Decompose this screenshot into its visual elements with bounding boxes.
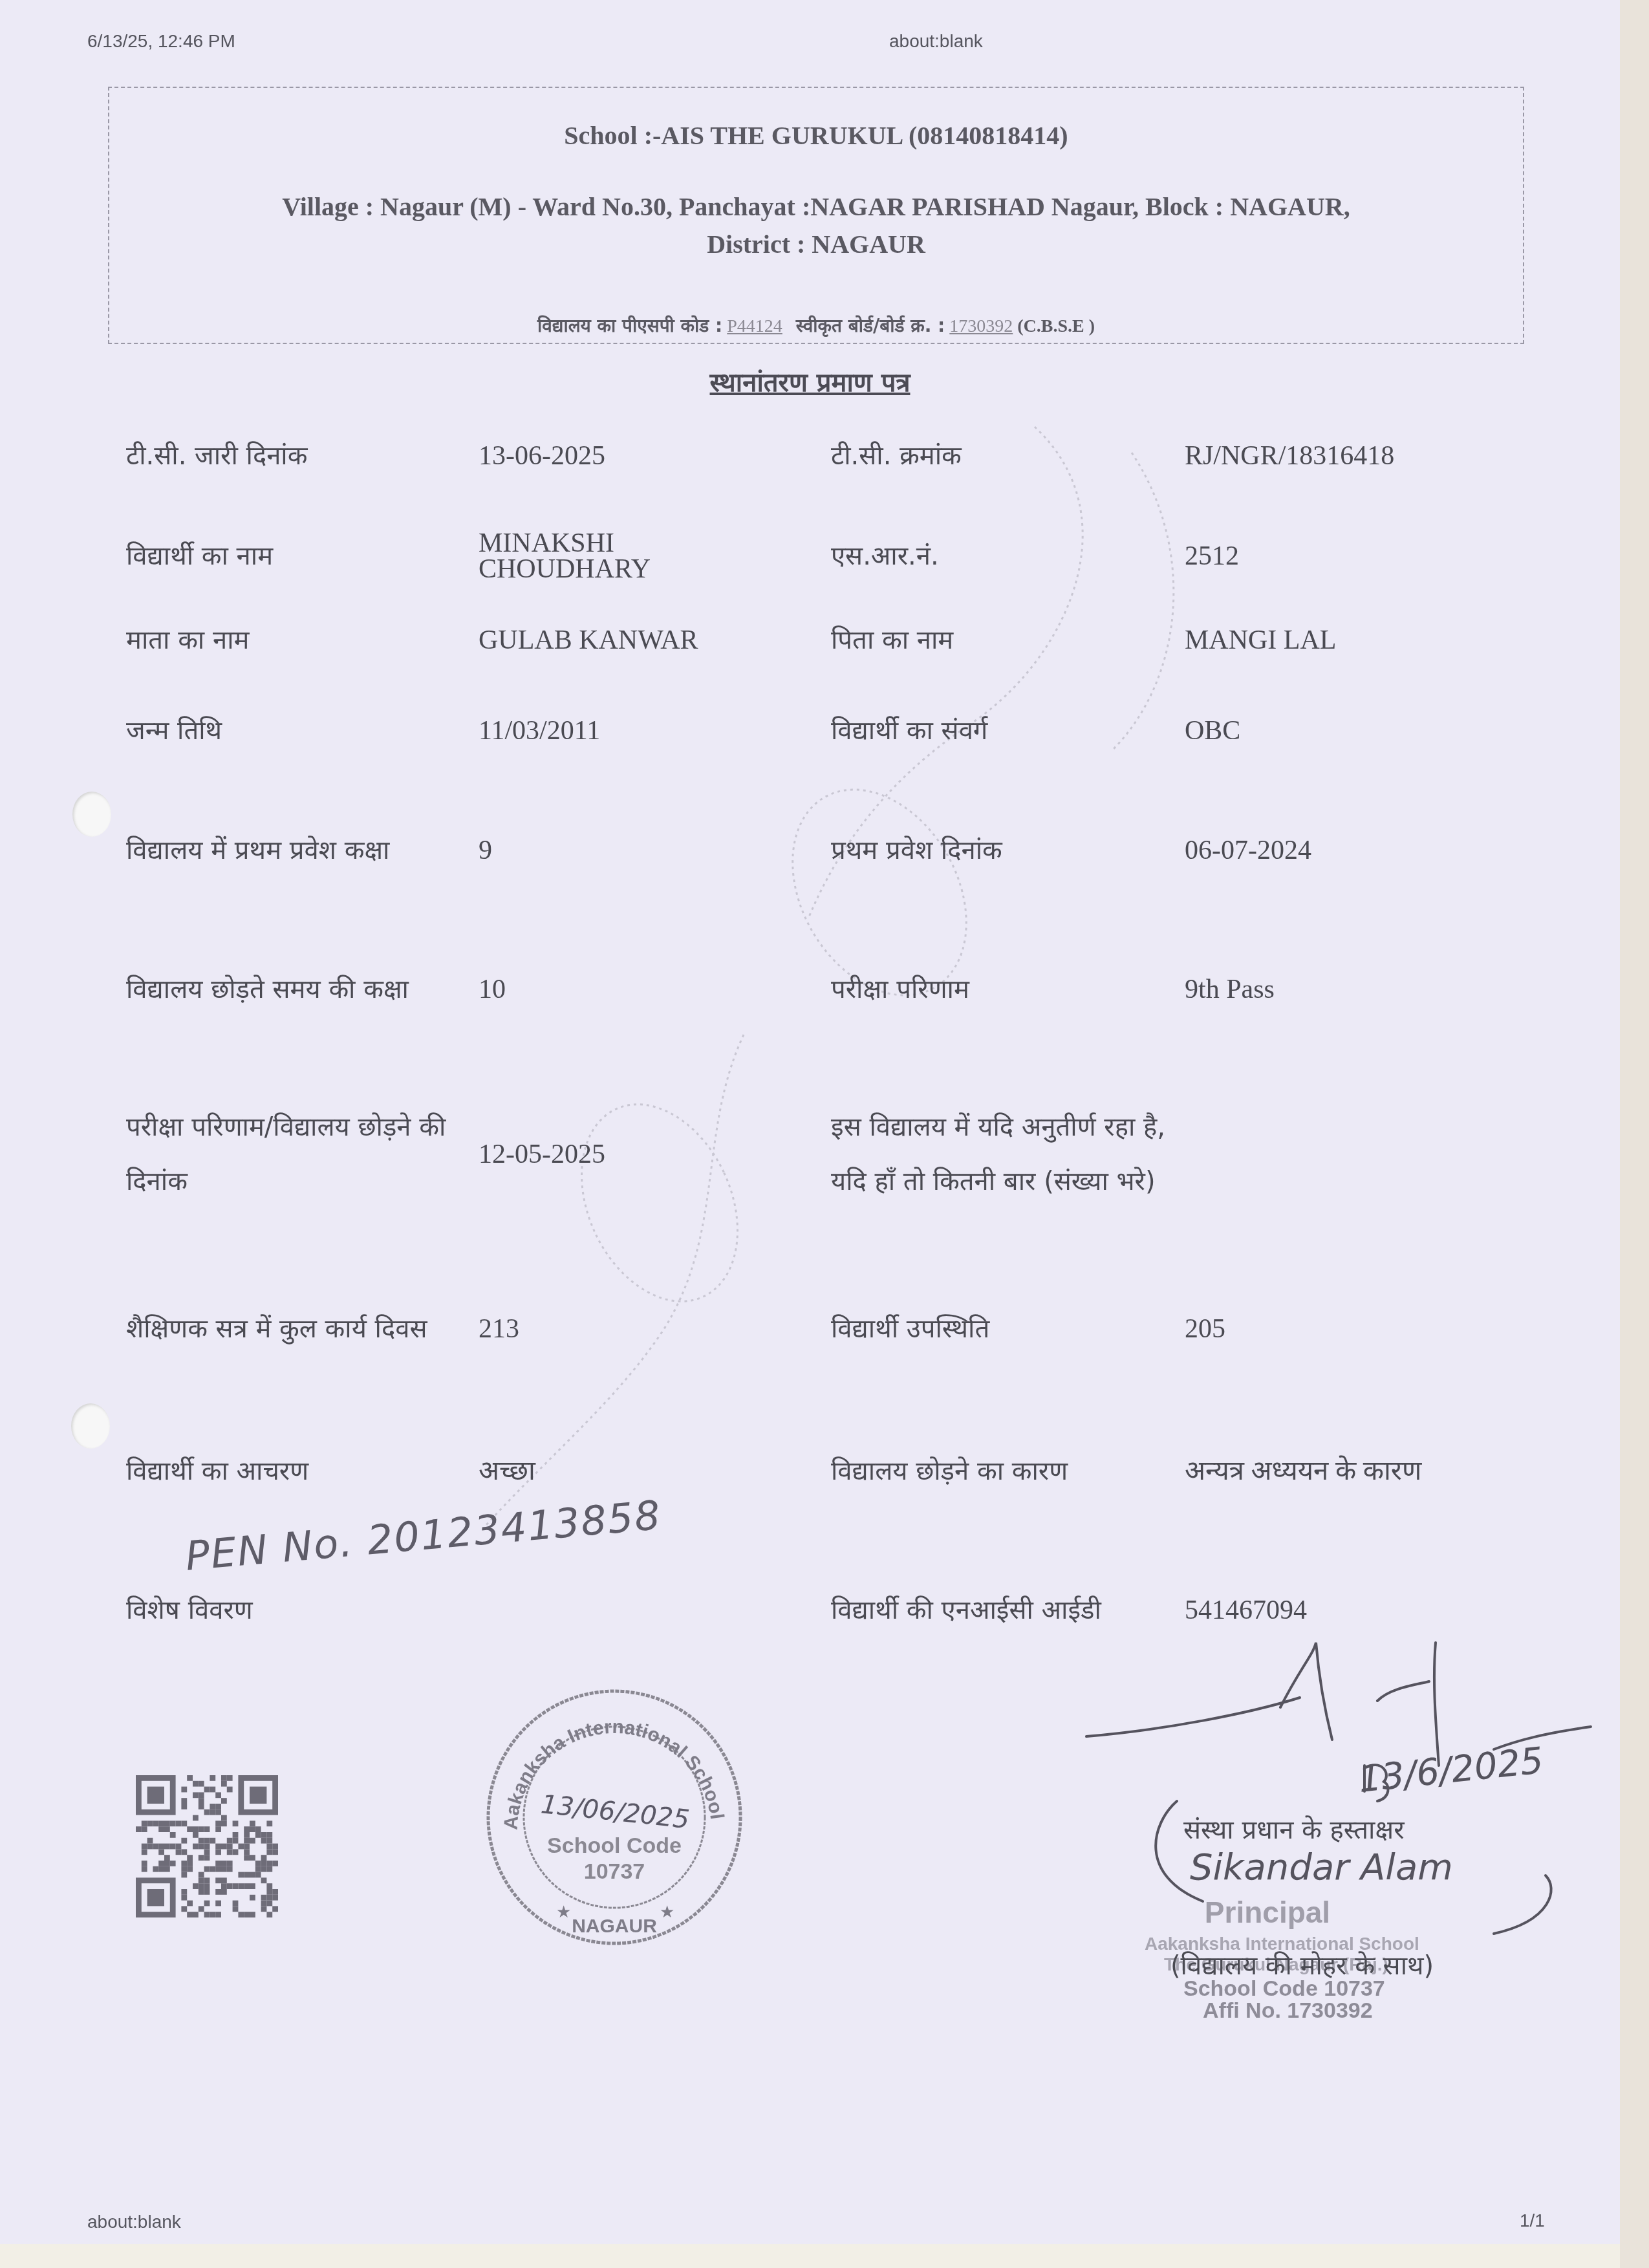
field-value: 9 [479,812,698,889]
field-value: 11/03/2011 [479,711,698,750]
field-label-right: परीक्षा परिणाम [831,951,1180,1028]
field-label: विद्यालय में प्रथम प्रवेश कक्षा [126,812,462,889]
field-value-right [1185,1099,1547,1209]
punch-hole [72,792,111,837]
field-label: विद्यालय छोड़ते समय की कक्षा [126,951,462,1028]
field-label-right: प्रथम प्रवेश दिनांक [831,812,1180,889]
field-label-right: विद्यालय छोड़ने का कारण [831,1432,1180,1510]
field-label: विद्यार्थी का आचरण [126,1432,462,1510]
print-url: about:blank [889,31,983,52]
field-value: GULAB KANWAR [479,621,698,660]
svg-text:13/06/2025: 13/06/2025 [539,1789,691,1835]
field-label-right: विद्यार्थी का संवर्ग [831,711,1180,750]
field-label-right: पिता का नाम [831,621,1180,660]
field-value-right: 06-07-2024 [1185,812,1547,889]
field-label: शैक्षिणक सत्र में कुल कार्य दिवस [126,1290,462,1368]
psp-code-label: विद्यालय का पीएसपी कोड : [537,315,722,336]
school-address: Village : Nagaur (M) - Ward No.30, Panch… [109,191,1523,222]
svg-text:School Code: School Code [547,1833,682,1858]
board-name: (C.B.S.E ) [1017,316,1095,336]
svg-text:★: ★ [556,1903,571,1921]
field-value-right: OBC [1185,711,1547,750]
certificate-title: स्थानांतरण प्रमाण पत्र [0,363,1620,399]
field-label: जन्म तिथि [126,711,462,750]
field-label: परीक्षा परिणाम/विद्यालय छोड़ने की दिनांक [126,1099,462,1209]
principal-name-handwritten: Sikandar Alam [1190,1846,1453,1888]
punch-hole [71,1403,110,1449]
field-label-right: एस.आर.नं. [831,524,1180,589]
scan-edge-bottom [0,2244,1620,2268]
field-value-right: 205 [1185,1290,1547,1368]
field-value-right: MANGI LAL [1185,621,1547,660]
field-value: 13-06-2025 [479,437,698,475]
field-value: 12-05-2025 [479,1099,698,1209]
field-value: 10 [479,951,698,1028]
principal-signature-label: संस्था प्रधान के हस्ताक्षर [1183,1811,1405,1846]
field-label: विशेष विवरण [126,1571,462,1649]
school-stamp: Aakanksha International School The Guruk… [479,1681,750,1953]
board-number: 1730392 [949,316,1013,336]
school-header-box: School :-AIS THE GURUKUL (08140818414) V… [108,87,1524,344]
field-label-right: विद्यार्थी उपस्थिति [831,1290,1180,1368]
field-value-right: अन्यत्र अध्ययन के कारण [1185,1432,1547,1510]
school-codes: विद्यालय का पीएसपी कोड : P44124 स्वीकृत … [109,313,1523,338]
school-district: District : NAGAUR [109,229,1523,259]
field-value-right: RJ/NGR/18316418 [1185,437,1547,475]
field-label: विद्यार्थी का नाम [126,524,462,589]
principal-signature-block: 13/6/2025 संस्था प्रधान के हस्ताक्षर Sik… [1067,1617,1617,2005]
print-datetime: 6/13/25, 12:46 PM [87,31,235,52]
field-value [479,1571,698,1649]
svg-text:10737: 10737 [584,1859,645,1884]
field-value: MINAKSHI CHOUDHARY [479,524,698,589]
principal-stamp-affiliation: Affi No. 1730392 [1203,1998,1373,2024]
field-label-right: इस विद्यालय में यदि अनुतीर्ण रहा है, यदि… [831,1099,1180,1209]
svg-text:NAGAUR: NAGAUR [572,1916,657,1937]
principal-stamp-title: Principal [1067,1895,1468,1930]
school-name: School :-AIS THE GURUKUL (08140818414) [109,120,1523,151]
field-label-right: टी.सी. क्रमांक [831,437,1180,475]
field-value: 213 [479,1290,698,1368]
field-value-right: 2512 [1185,524,1547,589]
field-value-right: 9th Pass [1185,951,1547,1028]
print-footer-url: about:blank [87,2212,181,2232]
field-label: टी.सी. जारी दिनांक [126,437,462,475]
psp-code: P44124 [727,316,782,336]
scan-edge [1620,0,1649,2268]
svg-text:★: ★ [660,1903,674,1921]
print-page-number: 1/1 [1520,2210,1545,2231]
field-label: माता का नाम [126,621,462,660]
board-label: स्वीकृत बोर्ड/बोर्ड क्र. : [796,315,945,336]
qr-code [136,1775,278,1917]
